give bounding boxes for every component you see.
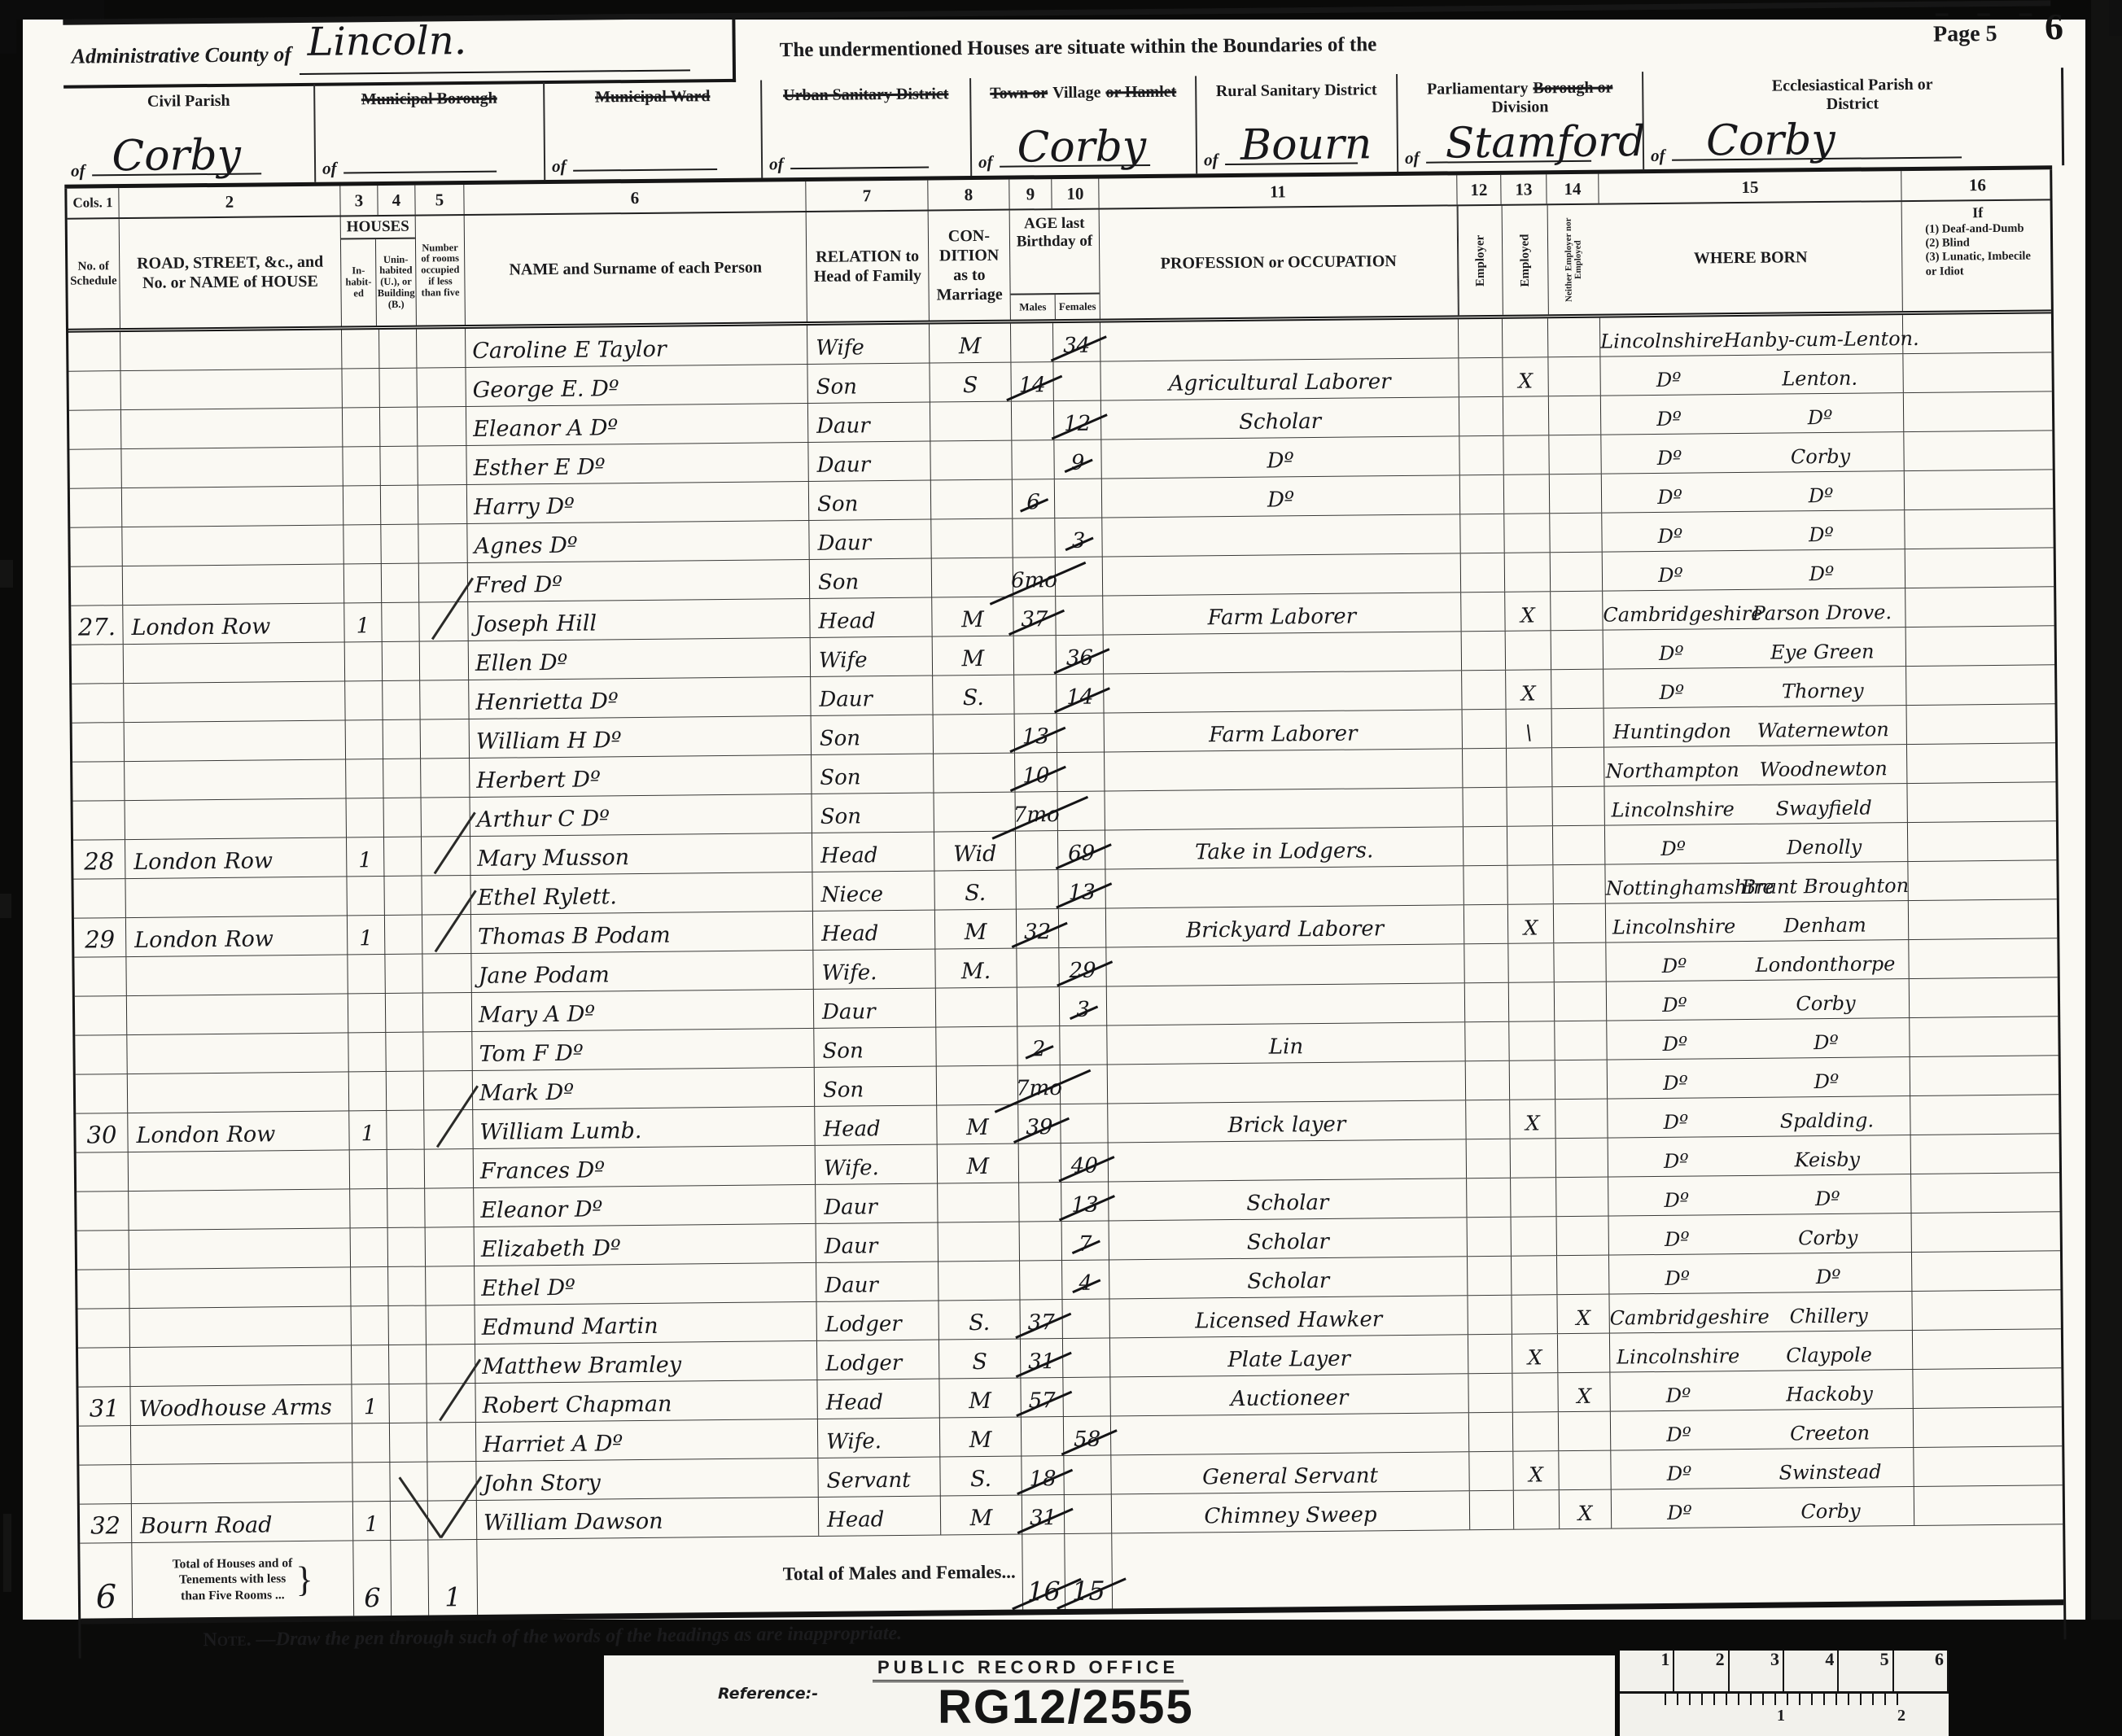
cell-schedule: [69, 449, 121, 488]
cell-uninhabited: [386, 994, 423, 1032]
cell-born: DºLondonthorpe: [1606, 940, 1909, 982]
cell-age-female: [1057, 753, 1105, 792]
cell-infirmity: [1910, 1056, 2062, 1095]
cell-totals-blank: [1112, 1524, 2067, 1608]
cell-schedule: [77, 1231, 129, 1270]
cell-rooms: [418, 446, 466, 485]
heading-infirmity-title: If: [1972, 204, 1983, 222]
cell-employer-mark: [1468, 1374, 1512, 1413]
cell-schedule: [72, 645, 124, 684]
cell-infirmity: [1912, 1251, 2063, 1291]
cell-uninhabited: [380, 408, 418, 446]
cell-relation: Son: [812, 794, 934, 833]
cell-relation: Son: [812, 754, 934, 794]
cell-relation: Wife: [811, 637, 933, 676]
cell-occupation: Scholar: [1109, 1257, 1468, 1298]
cell-employer-mark: [1463, 788, 1507, 827]
reference-label: Reference:-: [718, 1685, 818, 1703]
cell-rooms: [425, 1149, 474, 1188]
cell-name: Herbert Dº: [470, 755, 812, 797]
cell-rooms: [426, 1227, 475, 1266]
cell-age-female: 58: [1064, 1416, 1111, 1455]
cell-neither-mark: [1557, 1256, 1609, 1295]
cell-employer-mark: [1462, 632, 1506, 671]
cell-relation: Son: [807, 364, 930, 403]
cell-age-female: [1055, 479, 1102, 518]
cell-age-male: [1019, 1143, 1061, 1182]
cell-age-male: [1017, 948, 1059, 986]
cell-age-female: 13: [1058, 870, 1105, 909]
cell-condition: S.: [938, 1301, 1020, 1340]
admin-county-underline: [300, 69, 690, 75]
cell-name: George E. Dº: [466, 365, 807, 406]
cell-relation: Wife: [807, 325, 930, 364]
cell-rooms: [427, 1384, 475, 1423]
admin-county-value: Lincoln.: [307, 18, 466, 65]
cell-employed-mark: [1512, 1295, 1557, 1334]
cell-occupation: Take in Lodgers.: [1105, 827, 1464, 868]
cell-schedule: [77, 1152, 129, 1192]
cell-neither-mark: [1556, 1139, 1608, 1178]
cell-age-male: 18: [1022, 1456, 1064, 1494]
cell-schedule: [73, 879, 125, 918]
cell-born: DºSwinstead: [1611, 1448, 1914, 1489]
cell-age-female: [1064, 1455, 1111, 1494]
cell-occupation: Dº: [1102, 475, 1460, 517]
cell-age-male: [1022, 1417, 1064, 1455]
note-lead: Note.: [203, 1629, 251, 1651]
cell-relation: Head: [817, 1379, 939, 1418]
cell-relation: Daur: [808, 442, 930, 481]
cell-uninhabited: [379, 330, 417, 368]
cell-inhabited: 1: [352, 1384, 389, 1423]
cell-infirmity: [1907, 743, 2059, 783]
col-number: 3: [340, 186, 378, 215]
cell-age-female: [1057, 714, 1105, 753]
cell-relation: Servant: [818, 1457, 940, 1496]
cell-employed-mark: [1512, 1373, 1558, 1412]
header-field-4: Urban Sanitary Districtof: [762, 78, 972, 177]
cell-infirmity: [1904, 391, 2055, 431]
cell-employer-mark: [1464, 827, 1507, 866]
cell-age-female: 12: [1054, 401, 1101, 440]
cell-neither-mark: [1558, 1334, 1610, 1373]
cell-employer-mark: [1467, 1178, 1511, 1218]
cell-neither-mark: [1555, 1100, 1608, 1139]
cell-uninhabited: [388, 1267, 426, 1305]
cell-employed-mark: [1503, 318, 1548, 357]
cell-born: DºDº: [1609, 1253, 1912, 1294]
cell-occupation: [1105, 788, 1463, 829]
cell-occupation: [1100, 319, 1459, 361]
heading-rooms: Number of rooms occupied if less than fi…: [416, 216, 466, 326]
cell-inhabited: [352, 1463, 390, 1501]
cell-rooms: [417, 329, 466, 368]
cell-condition: [932, 558, 1013, 597]
cell-condition: M: [933, 636, 1014, 676]
cell-rooms: [420, 680, 469, 719]
heading-inhabited: In-habit-ed: [341, 239, 377, 326]
cell-employed-mark: [1513, 1412, 1559, 1451]
cell-infirmity: [1908, 821, 2059, 861]
cell-neither-mark: [1550, 474, 1602, 514]
cell-rooms: [422, 837, 470, 876]
cell-rooms: [418, 524, 467, 563]
col-number: 8: [928, 180, 1009, 210]
cell-neither-mark: [1549, 435, 1601, 474]
cell-age-male: 10: [1015, 753, 1057, 791]
cell-inhabited: [345, 681, 383, 719]
cell-uninhabited: [382, 564, 419, 602]
ruler-segment: 3: [1730, 1651, 1784, 1691]
cell-schedule: [70, 488, 122, 527]
cell-infirmity: [1905, 470, 2056, 509]
cell-age-female: 9: [1054, 440, 1101, 479]
cell-uninhabited: [383, 720, 421, 759]
cell-age-female: [1056, 597, 1103, 636]
cell-schedule: 27.: [71, 606, 123, 645]
cell-infirmity: [1912, 1290, 2063, 1330]
cell-road: [124, 642, 345, 683]
cell-employer-mark: [1459, 358, 1503, 397]
cell-rooms: [427, 1305, 475, 1345]
cell-road: [131, 1423, 352, 1464]
col-number: 5: [415, 185, 464, 215]
cell-age-male: [1019, 1183, 1061, 1221]
census-form: Administrative County of Lincoln. The un…: [63, 0, 2066, 1658]
heading-neither: Neither Employer nor Employed: [1547, 205, 1600, 315]
cell-age-male: [1014, 675, 1057, 713]
cell-road: London Row: [128, 1111, 349, 1152]
cell-employer-mark: [1468, 1218, 1512, 1257]
header-field-2: Municipal Boroughof: [315, 82, 545, 182]
cell-schedule: [79, 1465, 131, 1504]
cell-occupation: [1105, 866, 1464, 907]
cell-rooms: [424, 1110, 473, 1149]
cell-employer-mark: [1465, 983, 1509, 1022]
cell-employed-mark: [1503, 435, 1549, 474]
cell-age-male: 7mo: [1018, 1065, 1061, 1104]
cell-road: [128, 1072, 349, 1113]
cell-age-male: 37: [1020, 1300, 1062, 1338]
cell-employed-mark: [1504, 474, 1550, 514]
header-field-8: Ecclesiastical Parish orDistrictofCorby: [1643, 68, 2064, 169]
cell-road: [130, 1306, 352, 1347]
scan-corner-mark: [2109, 0, 2122, 36]
heading-uninhabited: Unin-habited (U.), or Building (B.): [376, 239, 416, 326]
heading-relation: RELATION to Head of Family: [807, 212, 930, 321]
cell-inhabited: 1: [348, 916, 385, 954]
cell-houses-total: 6: [353, 1541, 392, 1616]
cell-rooms: [421, 719, 470, 759]
parish-fields: Civil ParishofCorbyMunicipal BoroughofMu…: [63, 68, 2052, 188]
cell-relation: Wife.: [813, 950, 935, 989]
cell-uninhabited: [381, 525, 418, 563]
cell-age-male: 31: [1021, 1339, 1063, 1377]
cell-relation: Daur: [808, 403, 930, 442]
cell-name: William Lumb.: [473, 1107, 815, 1148]
cell-schedule: [77, 1192, 129, 1231]
public-record-office-box: PUBLIC RECORD OFFICE Reference:- RG12/25…: [604, 1655, 1615, 1736]
cell-born: DºThorney: [1604, 667, 1906, 708]
cell-employer-mark: [1469, 1452, 1513, 1491]
header-field-5: Town orVillageor HamletofCorby: [971, 76, 1197, 176]
cell-condition: [937, 1066, 1018, 1105]
cell-condition: S: [939, 1340, 1021, 1379]
cell-condition: [936, 988, 1017, 1027]
cell-houses-total-label: Total of Houses and of Tenements with le…: [132, 1541, 354, 1618]
cell-road: London Row: [123, 603, 344, 644]
cell-name: Mary A Dº: [472, 990, 814, 1031]
cell-occupation: [1105, 749, 1463, 790]
cell-age-male: [1012, 440, 1054, 479]
cell-employed-mark: [1503, 396, 1549, 435]
cell-age-male: [1020, 1222, 1062, 1260]
cell-age-male: 57: [1021, 1378, 1063, 1416]
cell-employer-mark: [1466, 1100, 1510, 1139]
cell-employed-mark: [1505, 553, 1551, 592]
cell-occupation: Agricultural Laborer: [1100, 358, 1459, 400]
cell-rooms: [421, 759, 470, 798]
cell-infirmity: [1911, 1173, 2063, 1213]
cell-schedule: [69, 410, 121, 449]
col-number: 10: [1052, 179, 1099, 209]
cell-occupation: [1107, 983, 1465, 1025]
cell-neither-mark: [1559, 1451, 1611, 1490]
heading-females: Females: [1056, 295, 1100, 320]
cell-condition: S.: [934, 871, 1016, 910]
cell-relation: Daur: [816, 1223, 938, 1262]
cell-uninhabited: [382, 603, 419, 641]
cell-age-female: [1060, 1025, 1107, 1065]
cell-name: Harriet A Dº: [476, 1419, 818, 1461]
cell-inhabited: [342, 369, 379, 407]
cell-neither-mark: [1551, 670, 1604, 709]
admin-county-box: Administrative County of Lincoln.: [63, 19, 736, 89]
cell-employed-mark: [1507, 787, 1552, 826]
cell-employer-mark: [1459, 319, 1503, 358]
heading-infirmity-list: (1) Deaf-and-Dumb (2) Blind (3) Lunatic,…: [1925, 221, 2031, 279]
cell-inhabited: [343, 525, 381, 563]
cell-born: DºHackoby: [1610, 1370, 1913, 1411]
cell-age-male: 2: [1017, 1026, 1060, 1065]
cell-relation: Son: [814, 1028, 936, 1067]
col-number: 4: [378, 186, 415, 215]
cell-age-male: [1016, 870, 1058, 908]
cell-inhabited: [343, 486, 381, 524]
cell-name: Ethel Rylett.: [470, 872, 812, 914]
cell-employed-mark: [1507, 826, 1553, 865]
cell-condition: [930, 441, 1012, 480]
cell-schedule: 31: [78, 1387, 130, 1426]
note-text: —Draw the pen through such of the words …: [256, 1622, 903, 1651]
cell-infirmity: [1904, 431, 2055, 470]
cell-employer-mark: [1464, 866, 1507, 905]
cell-inhabited: 1: [347, 837, 384, 876]
cell-inhabited: [349, 1072, 387, 1110]
cell-schedule: 28: [73, 840, 125, 879]
cell-road: [125, 759, 346, 800]
situate-text: The undermentioned Houses are situate wi…: [780, 33, 1377, 62]
cell-schedule: [79, 1426, 131, 1465]
cell-born: CambridgeshireChillery: [1609, 1292, 1912, 1333]
cell-road: [120, 330, 342, 370]
cell-name: Elizabeth Dº: [475, 1224, 816, 1266]
heading-condition: CON-DITION as to Marriage: [929, 211, 1011, 321]
cell-employed-mark: X: [1506, 670, 1551, 709]
cell-name: John Story: [476, 1458, 818, 1500]
cell-born: DºCorby: [1607, 979, 1910, 1021]
cell-age-male: 37: [1013, 597, 1056, 635]
col-number: 13: [1501, 174, 1547, 204]
cell-schedule: 30: [76, 1113, 128, 1152]
infirmity-item: or Idiot: [1926, 264, 2031, 279]
cell-inhabited: [345, 642, 383, 680]
cell-rooms: [417, 368, 466, 407]
cell-relation: Daur: [811, 676, 933, 715]
cell-relation: Daur: [809, 520, 931, 559]
cell-age-male: [1020, 1261, 1062, 1299]
cell-condition: M: [937, 1105, 1018, 1144]
cell-born: LincolnshireHanby-cum-Lenton.: [1600, 315, 1903, 356]
cell-condition: [934, 793, 1015, 832]
cell-relation: Daur: [814, 989, 936, 1028]
cell-neither-mark: [1556, 1178, 1608, 1217]
cell-relation: Son: [810, 559, 932, 598]
heading-where-born: WHERE BORN: [1599, 202, 1903, 314]
cell-infirmity: [1913, 1329, 2064, 1369]
cell-name: Eleanor Dº: [474, 1185, 816, 1227]
cell-rooms: [422, 954, 471, 993]
cell-inhabited: [348, 994, 386, 1032]
heading-employed: Employed: [1502, 205, 1548, 315]
cell-employer-mark: [1463, 710, 1507, 749]
cell-rooms: [426, 1266, 475, 1305]
cell-age-male: 32: [1017, 909, 1059, 947]
cell-schedule: [71, 566, 123, 606]
cell-road: [130, 1345, 352, 1386]
cell-infirmity: [1905, 587, 2057, 627]
cell-age-male: 31: [1022, 1495, 1065, 1533]
cell-occupation: General Servant: [1111, 1452, 1469, 1493]
reference-value: RG12/2555: [938, 1680, 1194, 1734]
cell-road: [131, 1463, 352, 1503]
cell-employer-mark: [1469, 1413, 1513, 1452]
col-number: 16: [1901, 169, 2053, 200]
cell-neither-mark: [1548, 357, 1600, 396]
cell-road: [125, 877, 347, 917]
cell-age-female: 69: [1058, 831, 1105, 870]
cell-condition: [930, 402, 1012, 441]
cell-neither-mark: [1555, 1021, 1607, 1060]
cell-rooms: [427, 1423, 476, 1462]
cell-road: Bourn Road: [132, 1502, 353, 1542]
cell-relation: Lodger: [816, 1301, 938, 1340]
cell-name: Agnes Dº: [467, 521, 809, 562]
cell-infirmity: [1911, 1134, 2063, 1174]
cell-rooms: [418, 485, 467, 524]
cell-name: William H Dº: [470, 716, 812, 758]
cell-name: Harry Dº: [467, 482, 809, 523]
cell-infirmity: [1906, 665, 2058, 705]
cell-name: Tom F Dº: [472, 1029, 814, 1070]
ruler-scale-cm: 1 2: [1665, 1694, 1909, 1736]
cell-born: HuntingdonWaternewton: [1604, 706, 1907, 747]
cell-inhabited: [352, 1306, 389, 1345]
cell-road: London Row: [126, 916, 348, 956]
cell-road: [129, 1189, 350, 1230]
cell-occupation: Lin: [1107, 1022, 1465, 1064]
cell-age-male: 13: [1015, 714, 1057, 752]
cell-road: [120, 369, 342, 409]
cell-age-male: [1016, 831, 1058, 869]
cell-uninhabited: [386, 1033, 423, 1071]
cell-employer-mark: [1461, 553, 1505, 593]
cell-employer-mark: [1464, 905, 1508, 944]
cell-infirmity: [1914, 1485, 2066, 1525]
cell-occupation: Farm Laborer: [1103, 593, 1461, 634]
heading-occupation: PROFESSION or OCCUPATION: [1100, 206, 1459, 318]
cell-condition: [938, 1262, 1020, 1301]
cell-employed-mark: X: [1513, 1451, 1559, 1490]
cell-employer-mark: [1464, 944, 1508, 983]
cell-employed-mark: [1511, 1139, 1556, 1178]
cell-inhabited: [344, 564, 382, 602]
cell-road: Woodhouse Arms: [130, 1384, 352, 1425]
cell-inhabited: [350, 1189, 387, 1227]
cell-employed-mark: [1511, 1178, 1556, 1217]
cell-employed-mark: [1506, 631, 1551, 670]
cell-inhabited: [347, 798, 384, 837]
cell-uninhabited: [387, 1189, 425, 1227]
cell-age-female: 7: [1062, 1221, 1109, 1260]
col-number: 11: [1099, 175, 1457, 208]
cell-infirmity: [1913, 1368, 2064, 1408]
cell-inhabited: [343, 408, 380, 446]
cell-relation: Wife.: [816, 1145, 938, 1184]
cell-neither-mark: [1554, 904, 1606, 943]
cell-employer-mark: [1460, 514, 1504, 553]
cell-occupation: Farm Laborer: [1105, 710, 1463, 751]
cell-condition: [938, 1222, 1020, 1262]
heading-name: NAME and Surname of each Person: [465, 212, 807, 325]
heading-schedule: No. of Schedule: [68, 219, 120, 329]
cell-name: Arthur C Dº: [470, 794, 812, 836]
cell-road: [125, 720, 346, 761]
cell-neither-mark: X: [1558, 1373, 1610, 1412]
cell-employed-mark: [1508, 943, 1554, 982]
heading-houses: HOUSES: [341, 216, 415, 240]
cell-road: [127, 1033, 348, 1074]
cell-born: LincolnshireClaypole: [1610, 1331, 1913, 1372]
cell-age-female: 34: [1053, 323, 1100, 362]
cell-infirmity: [1914, 1407, 2065, 1447]
cell-born: DºKeisby: [1608, 1135, 1911, 1177]
cell-condition: [934, 754, 1015, 793]
cell-neither-mark: [1559, 1412, 1611, 1451]
cell-condition: M: [930, 324, 1011, 363]
cell-condition: S.: [940, 1457, 1022, 1496]
admin-county-label: Administrative County of: [72, 42, 291, 69]
cell-relation: Lodger: [817, 1340, 939, 1379]
cell-uninhabited: [389, 1306, 427, 1345]
cell-born: DºCorby: [1612, 1487, 1914, 1528]
cell-neither-mark: [1548, 318, 1600, 357]
cell-relation: Wife.: [818, 1418, 940, 1457]
cell-born: NottinghamshireBrant Broughton: [1605, 862, 1908, 903]
cell-neither-mark: [1554, 943, 1606, 982]
cell-occupation: Plate Layer: [1110, 1335, 1468, 1376]
